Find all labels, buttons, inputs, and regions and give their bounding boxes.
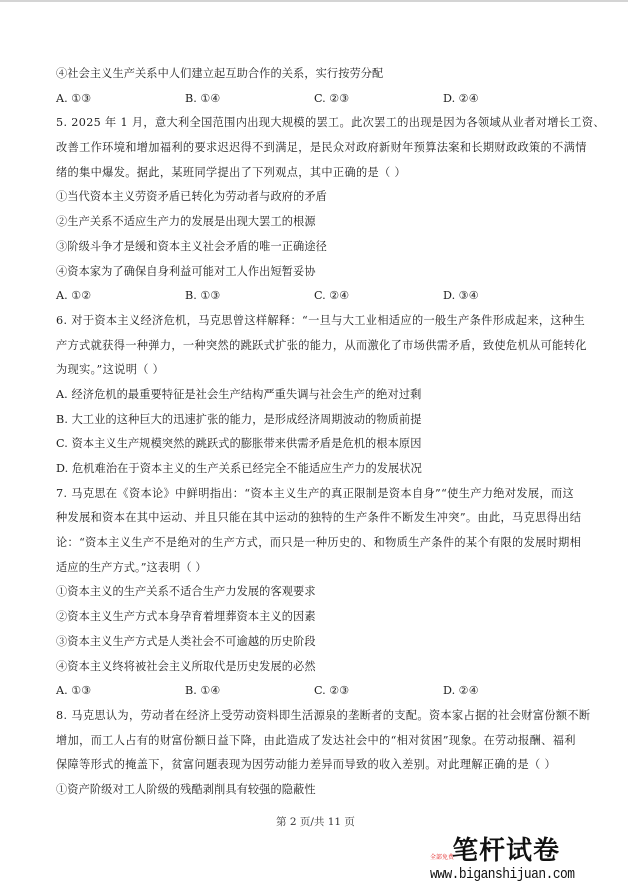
- q6-stem-line-1: 6. 对于资本主义经济危机，马克思曾这样解释：“一旦与大工业相适应的一般生产条件…: [56, 309, 576, 334]
- page-number: 第 2 页/共 11 页: [276, 814, 355, 829]
- q7-stem-line-2: 种发展和资本在其中运动、并且只能在其中运动的独特的生产条件不断发生冲突”。由此，…: [56, 506, 576, 531]
- q5-statement-2: ②生产关系不适应生产力的发展是出现大罢工的根源: [56, 210, 576, 235]
- q7-stem-line-4: 适应的生产方式。”这表明（ ）: [56, 556, 576, 581]
- q6-choice-a[interactable]: A. 经济危机的最重要特征是社会生产结构严重失调与社会生产的绝对过剩: [56, 383, 576, 408]
- q4-option-d[interactable]: D. ②④: [443, 87, 572, 112]
- q8-stem-line-1: 8. 马克思认为，劳动者在经济上受劳动资料即生活源泉的垄断者的支配。资本家占据的…: [56, 704, 576, 729]
- q7-stem-line-1: 7. 马克思在《资本论》中鲜明指出：“资本主义生产的真正限制是资本自身”“使生产…: [56, 482, 576, 507]
- q4-options: A. ①③ B. ①④ C. ②③ D. ②④: [56, 87, 576, 112]
- q4-option-a[interactable]: A. ①③: [56, 87, 185, 112]
- q7-statement-2: ②资本主义生产方式本身孕育着埋葬资本主义的因素: [56, 605, 576, 630]
- q5-stem-line-3: 绪的集中爆发。据此，某班同学提出了下列观点，其中正确的是（ ）: [56, 161, 576, 186]
- q7-options: A. ①③ B. ①④ C. ②③ D. ②④: [56, 679, 576, 704]
- watermark-logo: 全部免费 笔杆试卷 www.biganshijuan.com: [430, 830, 620, 890]
- q4-option-b[interactable]: B. ①④: [185, 87, 314, 112]
- top-border: [0, 0, 628, 2]
- exam-page: ④社会主义生产关系中人们建立起互助合作的关系，实行按劳分配 A. ①③ B. ①…: [56, 62, 576, 803]
- q4-option-c[interactable]: C. ②③: [314, 87, 443, 112]
- q5-stem-line-2: 改善工作环境和增加福利的要求迟迟得不到满足，是民众对政府新财年预算法案和长期财政…: [56, 136, 576, 161]
- q6-stem-line-3: 为现实。”这说明（ ）: [56, 358, 576, 383]
- q7-statement-4: ④资本主义终将被社会主义所取代是历史发展的必然: [56, 655, 576, 680]
- q5-statement-3: ③阶级斗争才是缓和资本主义社会矛盾的唯一正确途径: [56, 235, 576, 260]
- q6-choice-b[interactable]: B. 大工业的这种巨大的迅速扩张的能力，是形成经济周期波动的物质前提: [56, 408, 576, 433]
- q7-option-a[interactable]: A. ①③: [56, 679, 185, 704]
- watermark-free-tag: 全部免费: [430, 852, 454, 861]
- q7-stem-line-3: 论：“资本主义生产不是绝对的生产方式，而只是一种历史的、和物质生产条件的某个有限…: [56, 531, 576, 556]
- q4-statement-4: ④社会主义生产关系中人们建立起互助合作的关系，实行按劳分配: [56, 62, 576, 87]
- watermark-url: www.biganshijuan.com: [430, 866, 575, 883]
- q5-option-b[interactable]: B. ①③: [185, 284, 314, 309]
- q6-stem-line-2: 产方式就获得一种弹力，一种突然的跳跃式扩张的能力，从而激化了市场供需矛盾，致使危…: [56, 334, 576, 359]
- q8-statement-1: ①资产阶级对工人阶级的残酷剥削具有较强的隐蔽性: [56, 778, 576, 803]
- watermark-title: 笔杆试卷: [452, 830, 560, 867]
- q6-choice-c[interactable]: C. 资本主义生产规模突然的跳跃式的膨胀带来供需矛盾是危机的根本原因: [56, 432, 576, 457]
- q7-option-d[interactable]: D. ②④: [443, 679, 572, 704]
- q7-statement-3: ③资本主义生产方式是人类社会不可逾越的历史阶段: [56, 630, 576, 655]
- q5-statement-1: ①当代资本主义劳资矛盾已转化为劳动者与政府的矛盾: [56, 185, 576, 210]
- q5-options: A. ①② B. ①③ C. ②④ D. ③④: [56, 284, 576, 309]
- q6-choice-d[interactable]: D. 危机难治在于资本主义的生产关系已经完全不能适应生产力的发展状况: [56, 457, 576, 482]
- q8-stem-line-3: 保障等形式的掩盖下，贫富问题表现为因劳动能力差异而导致的收入差别。对此理解正确的…: [56, 753, 576, 778]
- q7-option-c[interactable]: C. ②③: [314, 679, 443, 704]
- q5-option-c[interactable]: C. ②④: [314, 284, 443, 309]
- q5-statement-4: ④资本家为了确保自身利益可能对工人作出短暂妥协: [56, 260, 576, 285]
- q5-option-a[interactable]: A. ①②: [56, 284, 185, 309]
- q5-stem-line-1: 5. 2025 年 1 月，意大利全国范围内出现大规模的罢工。此次罢工的出现是因…: [56, 111, 576, 136]
- q5-option-d[interactable]: D. ③④: [443, 284, 572, 309]
- q8-stem-line-2: 增加，而工人占有的财富份额日益下降，由此造成了发达社会中的“相对贫困”现象。在劳…: [56, 729, 576, 754]
- q7-option-b[interactable]: B. ①④: [185, 679, 314, 704]
- q7-statement-1: ①资本主义的生产关系不适合生产力发展的客观要求: [56, 580, 576, 605]
